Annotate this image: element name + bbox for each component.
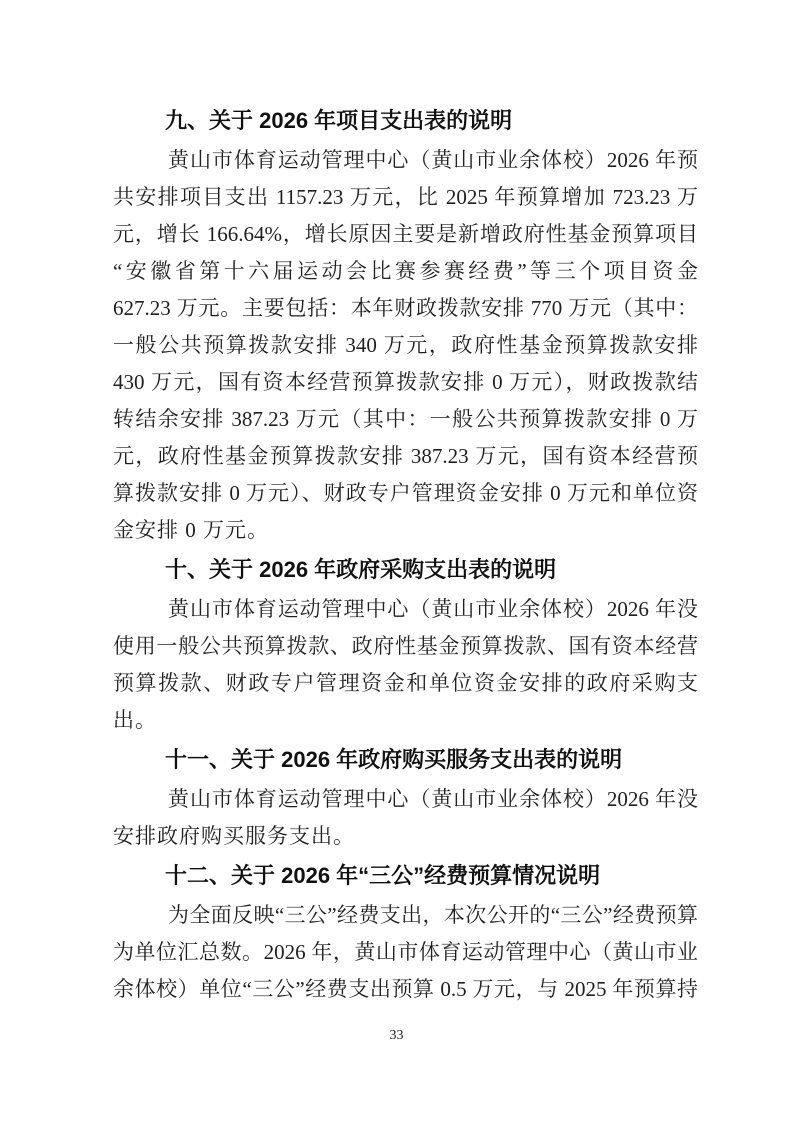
text-line: 算拨款安排 0 万元）、财政专户管理资金安排 0 万元和单位资 [113,475,698,512]
text-line: 黄山市体育运动管理中心（黄山市业余体校）2026 年没有 [113,781,698,818]
section-heading: 十二、关于 2026 年“三公”经费预算情况说明 [113,855,698,897]
section-purchased-services: 十一、关于 2026 年政府购买服务支出表的说明 黄山市体育运动管理中心（黄山市… [113,739,698,855]
text-line: 一般公共预算拨款安排 340 万元，政府性基金预算拨款安排 [113,327,698,364]
text-line: “安徽省第十六届运动会比赛参赛经费”等三个项目资金 [113,253,698,290]
section-heading: 十、关于 2026 年政府采购支出表的说明 [113,549,698,591]
text-line: 627.23 万元。主要包括：本年财政拨款安排 770 万元（其中： [113,290,698,327]
text-line: 黄山市体育运动管理中心（黄山市业余体校）2026 年预算 [113,142,698,179]
text-line: 430 万元，国有资本经营预算拨款安排 0 万元），财政拨款结 [113,364,698,401]
section-government-procurement: 十、关于 2026 年政府采购支出表的说明 黄山市体育运动管理中心（黄山市业余体… [113,549,698,739]
section-project-expenditure: 九、关于 2026 年项目支出表的说明 黄山市体育运动管理中心（黄山市业余体校）… [113,100,698,549]
section-heading: 十一、关于 2026 年政府购买服务支出表的说明 [113,739,698,781]
text-line: 出。 [113,702,698,739]
text-line: 金安排 0 万元。 [113,512,698,549]
section-three-public-expenses: 十二、关于 2026 年“三公”经费预算情况说明 为全面反映“三公”经费支出，本… [113,855,698,1008]
text-line: 共安排项目支出 1157.23 万元，比 2025 年预算增加 723.23 万 [113,179,698,216]
section-heading: 九、关于 2026 年项目支出表的说明 [113,100,698,142]
text-line: 使用一般公共预算拨款、政府性基金预算拨款、国有资本经营 [113,628,698,665]
page-content: 九、关于 2026 年项目支出表的说明 黄山市体育运动管理中心（黄山市业余体校）… [113,100,698,1008]
text-line: 安排政府购买服务支出。 [113,818,698,855]
text-line: 预算拨款、财政专户管理资金和单位资金安排的政府采购支 [113,665,698,702]
document-page: 九、关于 2026 年项目支出表的说明 黄山市体育运动管理中心（黄山市业余体校）… [0,0,793,1122]
page-number: 33 [0,1026,793,1046]
text-line: 为单位汇总数。2026 年，黄山市体育运动管理中心（黄山市业 [113,934,698,971]
text-line: 转结余安排 387.23 万元（其中：一般公共预算拨款安排 0 万 [113,401,698,438]
text-line: 为全面反映“三公”经费支出，本次公开的“三公”经费预算 [113,897,698,934]
text-line: 元，增长 166.64%，增长原因主要是新增政府性基金预算项目 [113,216,698,253]
text-line: 元，政府性基金预算拨款安排 387.23 万元，国有资本经营预 [113,438,698,475]
text-line: 黄山市体育运动管理中心（黄山市业余体校）2026 年没有 [113,591,698,628]
text-line: 余体校）单位“三公”经费支出预算 0.5 万元，与 2025 年预算持 [113,971,698,1008]
